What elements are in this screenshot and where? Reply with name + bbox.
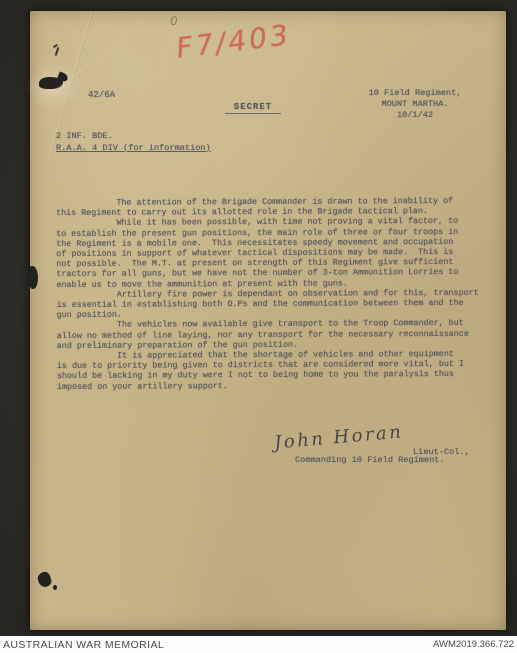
letter-body: The attention of the Brigade Commander i…: [56, 196, 479, 392]
catalog-bar: AUSTRALIAN WAR MEMORIAL AWM2019.366.722: [0, 636, 517, 653]
photo-frame: 0 F7/403 42/6A SECRET 10 Field Regiment,…: [0, 0, 517, 653]
pencil-mark: 0: [168, 13, 179, 28]
addressee-block: 2 INF. BDE. R.A.A. 4 DIV (for informatio…: [56, 131, 211, 154]
letterhead-date: 10/1/42: [350, 110, 480, 121]
signature-handwriting: John Horan: [273, 421, 404, 453]
addressee-primary: 2 INF. BDE.: [56, 131, 211, 143]
signature-title: Commanding 10 Field Regiment.: [295, 455, 445, 465]
accession-number: AWM2019.366.722: [433, 639, 514, 650]
paper-hole-left-edge: [29, 266, 38, 289]
paper-hole-dot: [53, 585, 57, 590]
paper-hole-bottom-left: [37, 571, 53, 588]
classification-stamp: SECRET: [225, 102, 281, 114]
file-reference: 42/6A: [88, 90, 115, 100]
letterhead-location: MOUNT MARTHA.: [350, 99, 480, 110]
letterhead-unit: 10 Field Regiment,: [350, 88, 480, 99]
document-page: 0 F7/403 42/6A SECRET 10 Field Regiment,…: [30, 11, 506, 630]
letterhead-block: 10 Field Regiment, MOUNT MARTHA. 10/1/42: [350, 88, 480, 121]
addressee-information-copy: R.A.A. 4 DIV (for information): [56, 143, 211, 155]
registry-mark-handwritten: F7/403: [176, 18, 292, 65]
paper-scratch-mark: [55, 47, 60, 56]
institution-label: AUSTRALIAN WAR MEMORIAL: [3, 639, 164, 651]
